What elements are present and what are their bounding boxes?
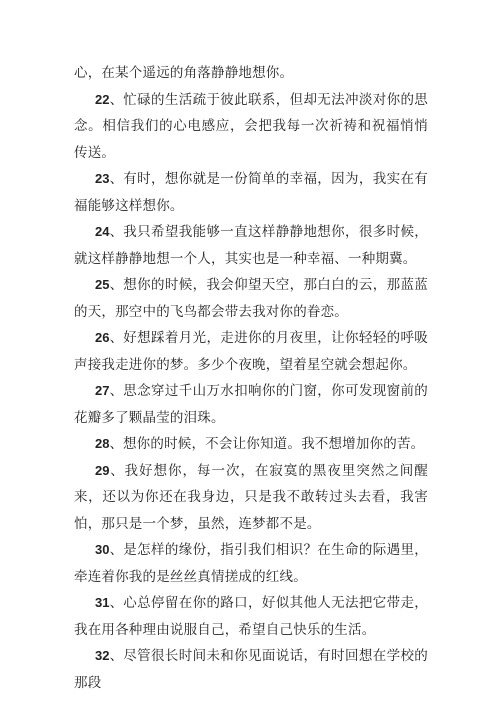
paragraph-separator: 、 xyxy=(109,648,123,663)
paragraph-number: 32 xyxy=(95,648,109,663)
paragraph-number: 29 xyxy=(95,463,109,478)
paragraph-separator: 、 xyxy=(109,436,123,451)
paragraph-separator: 、 xyxy=(109,463,124,478)
paragraph-text: 想你的时候，我会仰望天空，那白白的云，那蓝蓝的天，那空中的飞鸟都会带去我对你的眷… xyxy=(74,277,428,319)
paragraph-text: 好想踩着月光，走进你的月夜里，让你轻轻的呼吸声接我走进你的梦。多少个夜晚，望着星… xyxy=(74,330,428,372)
paragraph-separator: 、 xyxy=(109,542,123,557)
paragraph: 心，在某个遥远的角落静静地想你。 xyxy=(74,60,428,87)
paragraph-number: 22 xyxy=(95,92,109,107)
paragraph-number: 24 xyxy=(95,224,109,239)
paragraph-separator: 、 xyxy=(109,277,123,292)
paragraph-number: 27 xyxy=(95,383,109,398)
paragraph-number: 25 xyxy=(95,277,109,292)
paragraph-separator: 、 xyxy=(109,595,123,610)
paragraph: 27、思念穿过千山万水扣响你的门窗，你可发现窗前的花瓣多了颗晶莹的泪珠。 xyxy=(74,378,428,431)
paragraph-text: 有时，想你就是一份简单的幸福，因为，我实在有福能够这样想你。 xyxy=(74,171,428,213)
paragraph-number: 30 xyxy=(95,542,109,557)
paragraph-number: 23 xyxy=(95,171,109,186)
paragraph: 29、我好想你，每一次，在寂寞的黑夜里突然之间醒来，还以为你还在我身边，只是我不… xyxy=(74,458,428,538)
paragraph-text: 忙碌的生活疏于彼此联系，但却无法冲淡对你的思念。相信我们的心电感应，会把我每一次… xyxy=(74,92,428,160)
paragraph-text: 是怎样的缘份，指引我们相识？在生命的际遇里，牵连着你我的是丝丝真情搓成的红线。 xyxy=(74,542,428,584)
paragraph-text: 心总停留在你的路口，好似其他人无法把它带走，我在用各种理由说服自己，希望自己快乐… xyxy=(74,595,428,637)
paragraph-text: 我好想你，每一次，在寂寞的黑夜里突然之间醒来，还以为你还在我身边，只是我不敢转过… xyxy=(74,463,428,531)
paragraph-text: 尽管很长时间未和你见面说话，有时回想在学校的那段 xyxy=(74,648,428,690)
paragraph: 23、有时，想你就是一份简单的幸福，因为，我实在有福能够这样想你。 xyxy=(74,166,428,219)
paragraph: 25、想你的时候，我会仰望天空，那白白的云，那蓝蓝的天，那空中的飞鸟都会带去我对… xyxy=(74,272,428,325)
paragraph: 24、我只希望我能够一直这样静静地想你，很多时候，就这样静静地想一个人，其实也是… xyxy=(74,219,428,272)
paragraph-number: 31 xyxy=(95,595,109,610)
paragraph-separator: 、 xyxy=(109,92,123,107)
document-page: 心，在某个遥远的角落静静地想你。22、忙碌的生活疏于彼此联系，但却无法冲淡对你的… xyxy=(0,0,500,708)
text-block: 心，在某个遥远的角落静静地想你。22、忙碌的生活疏于彼此联系，但却无法冲淡对你的… xyxy=(74,60,428,696)
paragraph-number: 28 xyxy=(95,436,109,451)
paragraph-separator: 、 xyxy=(109,330,123,345)
paragraph-text: 我只希望我能够一直这样静静地想你，很多时候，就这样静静地想一个人，其实也是一种幸… xyxy=(74,224,428,266)
paragraph: 28、想你的时候，不会让你知道。我不想增加你的苦。 xyxy=(74,431,428,458)
paragraph-text: 思念穿过千山万水扣响你的门窗，你可发现窗前的花瓣多了颗晶莹的泪珠。 xyxy=(74,383,428,425)
paragraph-text: 心，在某个遥远的角落静静地想你。 xyxy=(74,65,293,80)
paragraph-text: 想你的时候，不会让你知道。我不想增加你的苦。 xyxy=(123,436,424,451)
paragraph-separator: 、 xyxy=(109,224,123,239)
paragraph-separator: 、 xyxy=(109,171,123,186)
paragraph: 30、是怎样的缘份，指引我们相识？在生命的际遇里，牵连着你我的是丝丝真情搓成的红… xyxy=(74,537,428,590)
paragraph: 22、忙碌的生活疏于彼此联系，但却无法冲淡对你的思念。相信我们的心电感应，会把我… xyxy=(74,87,428,167)
paragraph-separator: 、 xyxy=(109,383,123,398)
paragraph: 31、心总停留在你的路口，好似其他人无法把它带走，我在用各种理由说服自己，希望自… xyxy=(74,590,428,643)
paragraph-number: 26 xyxy=(95,330,109,345)
paragraph: 26、好想踩着月光，走进你的月夜里，让你轻轻的呼吸声接我走进你的梦。多少个夜晚，… xyxy=(74,325,428,378)
paragraph: 32、尽管很长时间未和你见面说话，有时回想在学校的那段 xyxy=(74,643,428,696)
